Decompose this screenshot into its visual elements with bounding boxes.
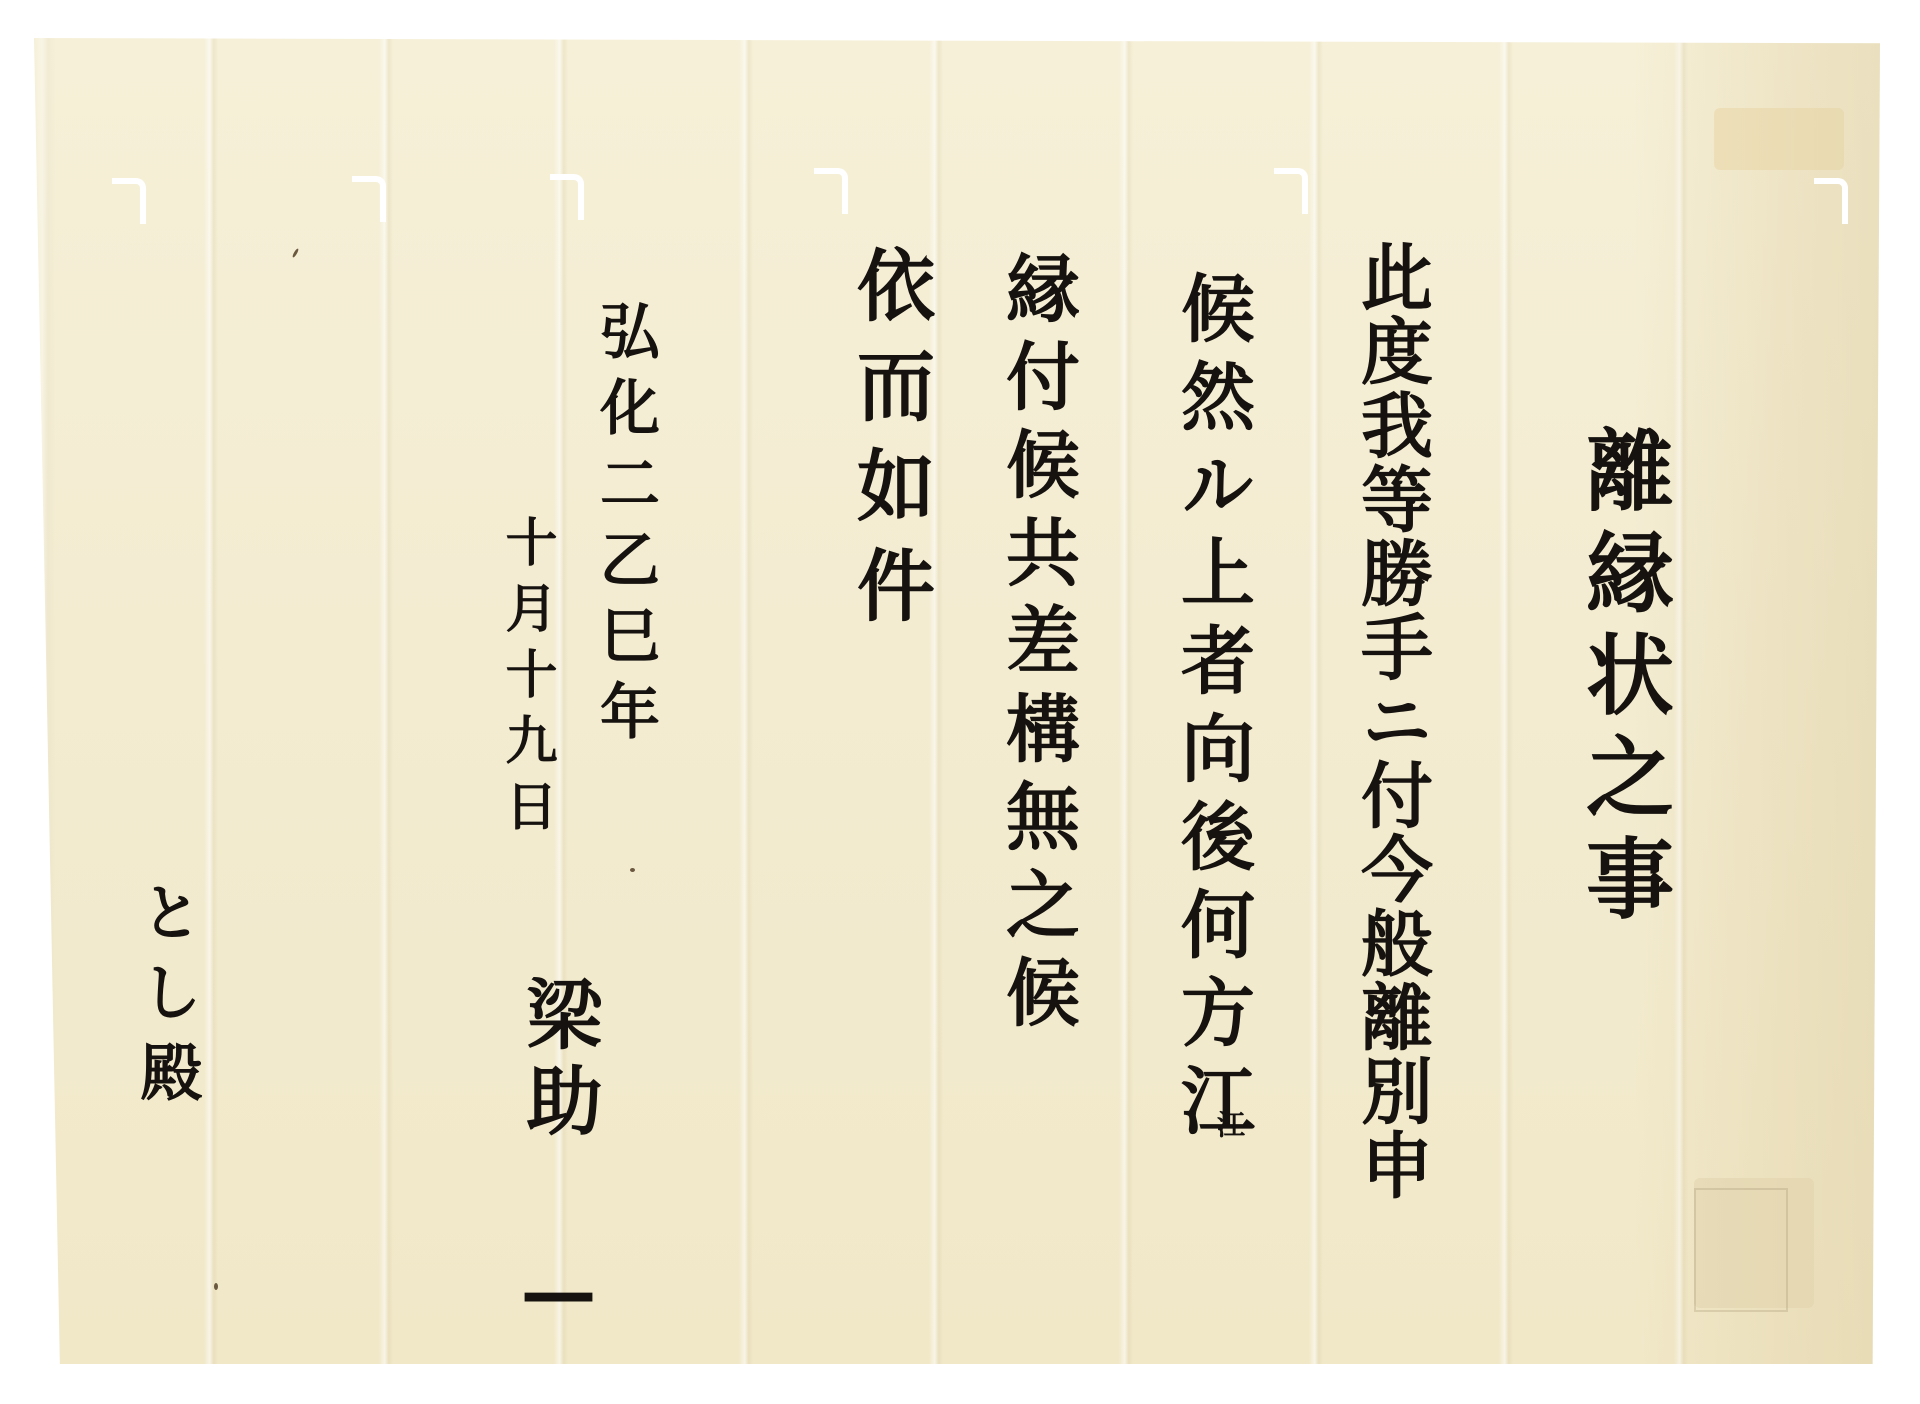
binding-hole (550, 174, 584, 220)
fold-line (1309, 38, 1323, 1364)
speck (630, 868, 635, 872)
document-scan: 離縁状之事 此度我等勝手ニ付今般離別申 候然ル上者向後何方江 江 縁付候共差構無… (0, 0, 1920, 1404)
fold-line (204, 38, 218, 1364)
binding-hole (352, 176, 386, 222)
binding-hole (112, 178, 146, 224)
addressee: とし殿 (135, 880, 197, 1120)
binding-hole (1814, 178, 1848, 224)
faint-stamp (1694, 1188, 1788, 1312)
document-title: 離縁状之事 (1580, 425, 1668, 935)
marginal-note: 江 (1215, 1110, 1243, 1144)
body-column-1: 此度我等勝手ニ付今般離別申 (1355, 240, 1427, 1202)
binding-hole (1274, 168, 1308, 214)
date-month-day: 十月十九日 (500, 515, 552, 845)
speck (214, 1283, 218, 1290)
closing-formula: 依而如件 (850, 245, 928, 645)
speck (292, 248, 300, 258)
fold-line (739, 38, 753, 1364)
body-column-2: 候然ル上者向後何方江 (1175, 270, 1249, 1150)
fold-line (379, 38, 393, 1364)
fold-line (929, 38, 943, 1364)
fold-line (1119, 38, 1133, 1364)
body-column-3: 縁付候共差構無之候 (1000, 250, 1074, 1042)
binding-hole (814, 168, 848, 214)
fold-line (1499, 38, 1513, 1364)
signature: 梁助 — (520, 975, 596, 1345)
date-era-year: 弘化二乙巳年 (595, 300, 655, 756)
